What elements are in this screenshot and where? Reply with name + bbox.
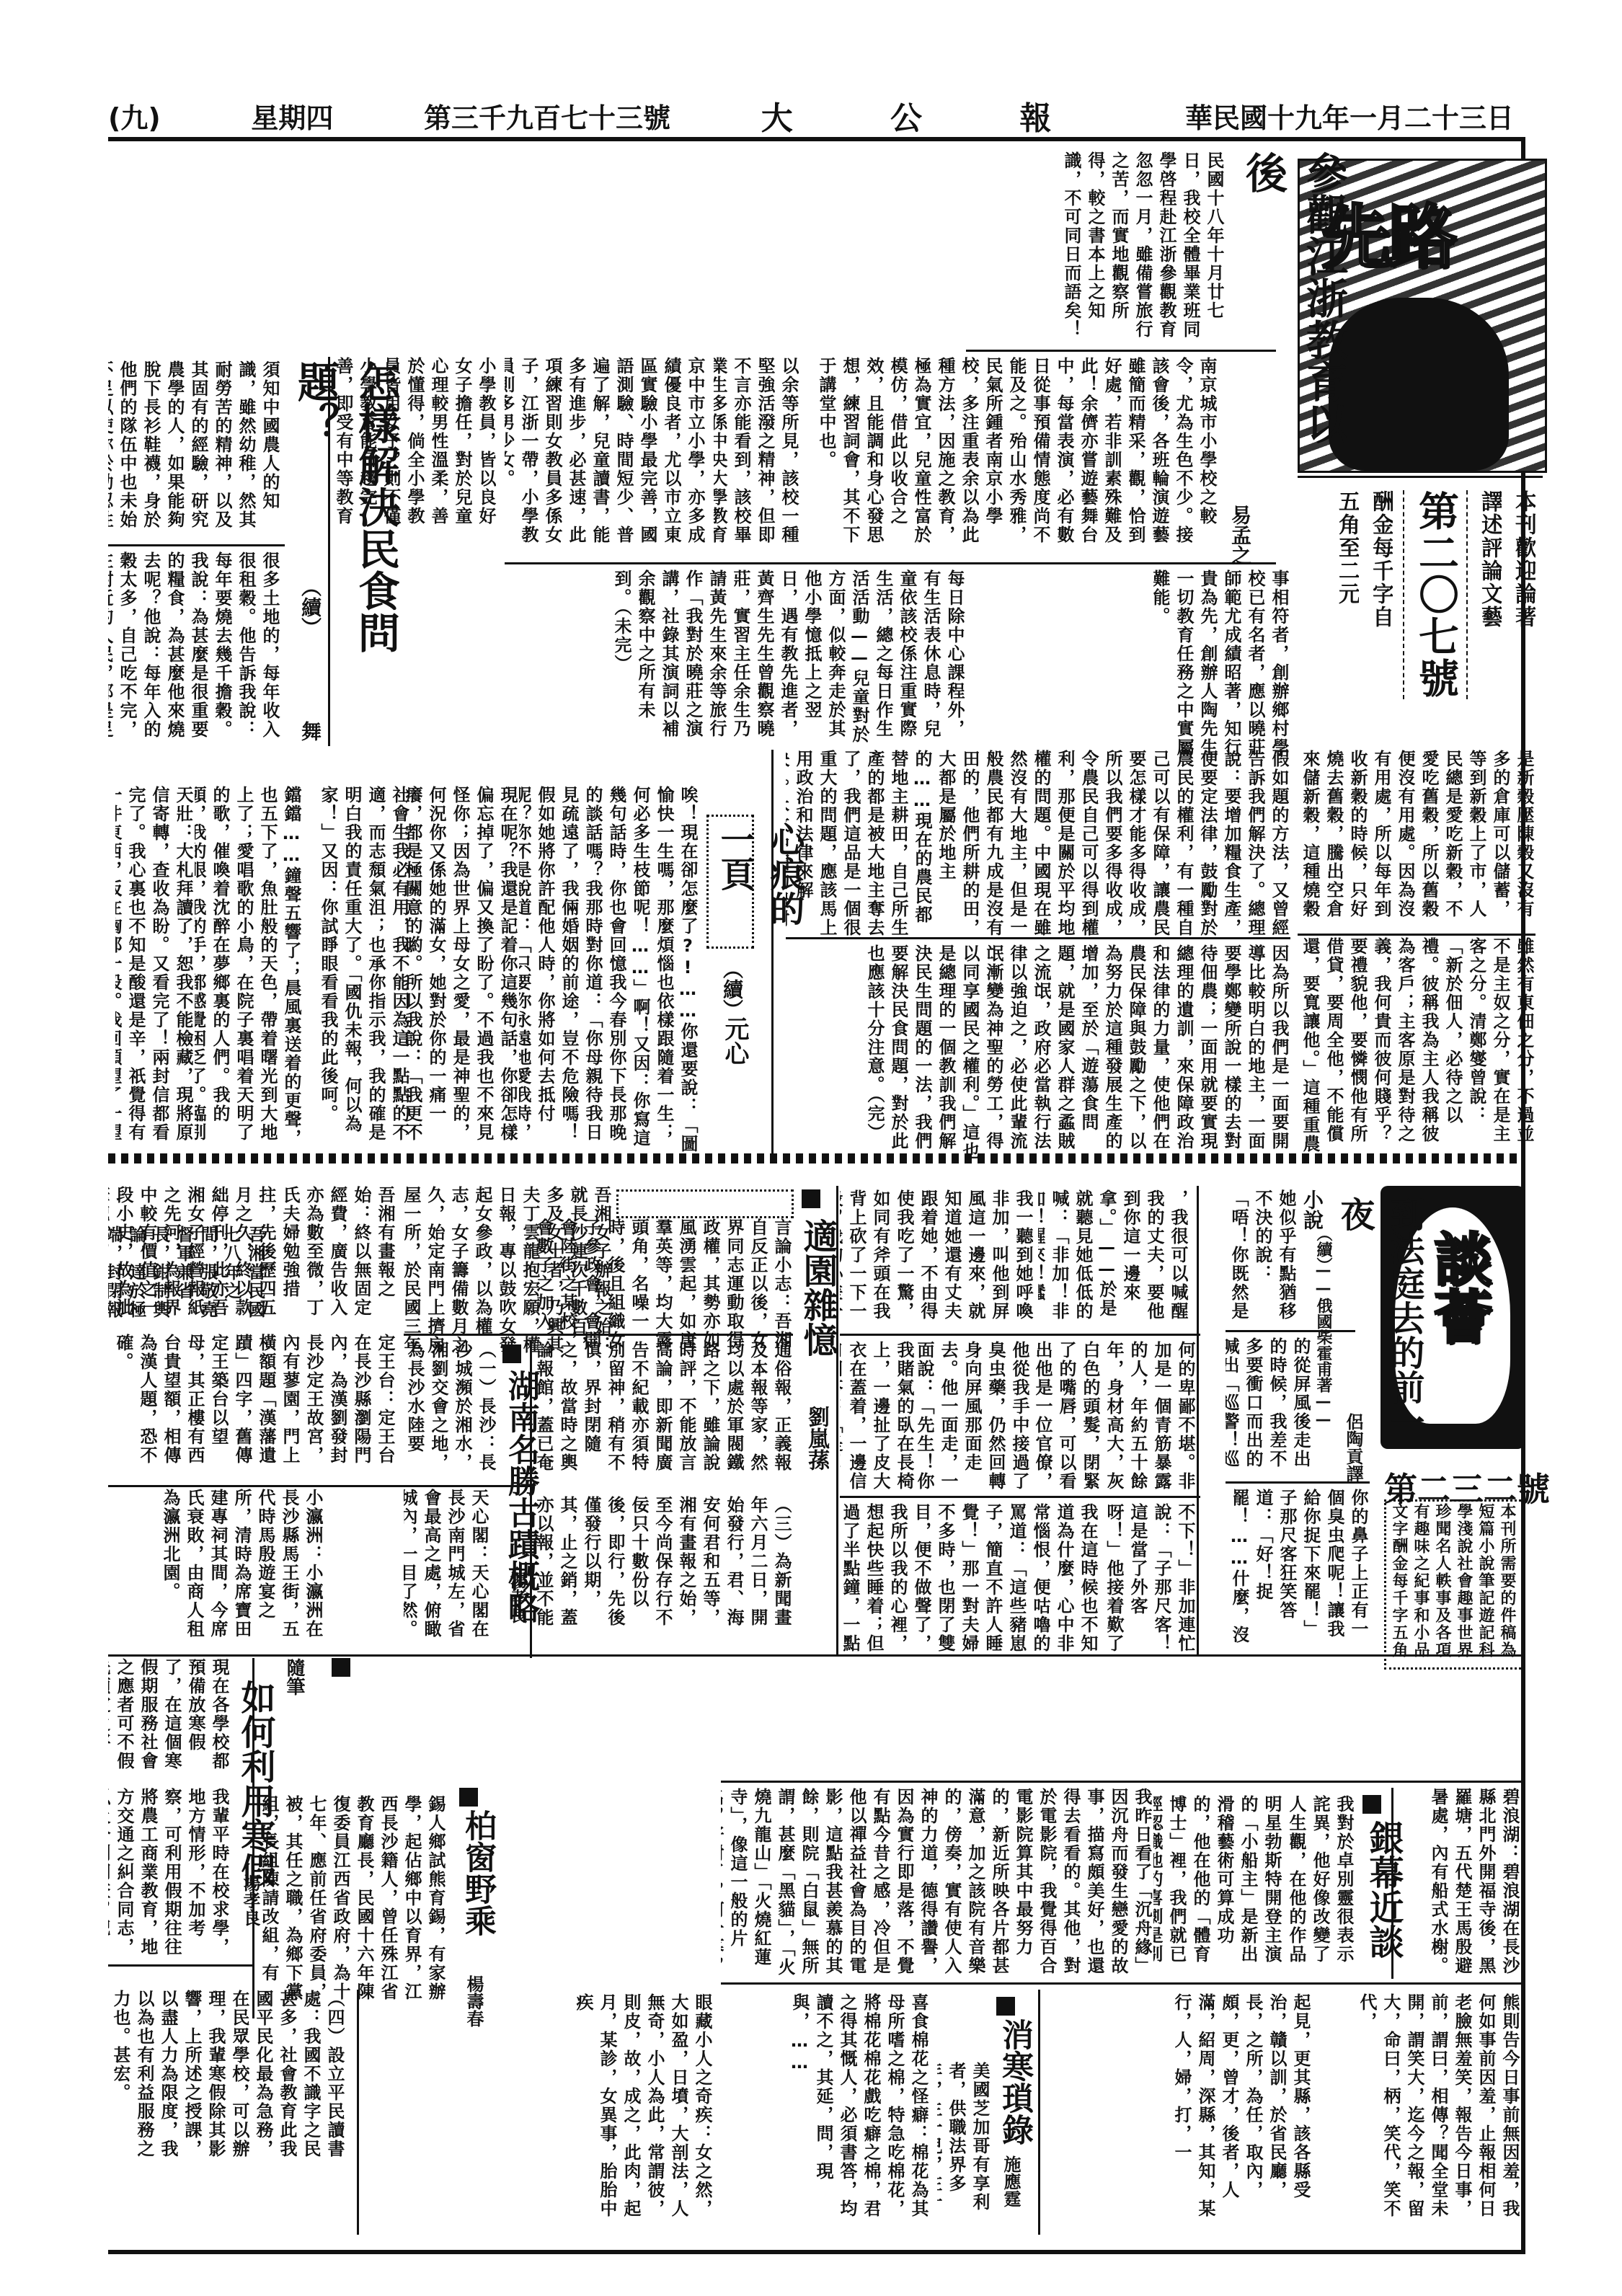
masthead: (九) 星期四 第三千九百七十三號 大 公 報 華民國十九年一月二十三日 — [108, 94, 1514, 137]
section-marker — [502, 1344, 521, 1366]
publication-date: 華民國十九年一月二十三日 — [1185, 96, 1514, 136]
black-square-icon — [802, 1189, 820, 1208]
article-body: 明星勃斯特開登主演的「小船主」是新出滑稽藝術可算成功的，他在他的「體育博士」裡，… — [1153, 1795, 1283, 1975]
continued-label: （續） — [717, 959, 746, 1019]
author-food: 舞 — [296, 721, 324, 741]
article-body: 吾湘當民國七八年之間，張敬堯督軍兼省長，鉗制輿論，達於極端，封閉報館，逮捕記者之… — [108, 1225, 267, 1326]
horse-rider-figure — [1329, 298, 1509, 471]
article-body: 眼藏小人之奇疾：女之然，大如盈，日墳，大剖法，人無奇，小人為此，常謂彼，則皮，故… — [360, 1993, 714, 2224]
article-body: 天心閣：天心閣在長沙南門城左，省會最高之處，俯瞰城內，一目了然。 — [404, 1489, 490, 1654]
translator-court: 侶陶貢譯 — [1341, 1413, 1366, 1482]
gossip-notice: 本刊所需要的件稿為短篇小說筆記遊記科學淺說社會趣事世界珍聞名人軼事及各項有趣味之… — [1388, 1503, 1517, 1662]
article-body: 的從屏風後走出的時候，我差不多要衝口而出的喊出「巡警！巡警！」來，由此可以想到那… — [1226, 1337, 1312, 1481]
article-body: 他從我手中接過了臭虫藥，仍然回轉身向屏風那面走去。他一面走，一面說：「先生！你真… — [916, 1341, 1031, 1492]
article-title-jiangzhe: 參觀江浙教育以後 — [1233, 151, 1354, 483]
divider-ornament — [108, 1153, 1521, 1163]
article-body: 我在這時候也不知道為什麼，心中非常惱恨，便咕嚕的罵道：「這些豬崽子，簡直不許人睡… — [840, 1503, 1099, 1654]
black-square-icon — [996, 1997, 1015, 2016]
section-label-essay: 隨筆 — [281, 1658, 308, 1696]
article-body: 我賭氣的臥在長椅上，一邊扯了皮大衣在蓋着，一邊信口回答：「是！是！」非加走過屏風… — [840, 1341, 916, 1492]
black-square-icon — [459, 1788, 478, 1807]
article-body: 因為所以我們是一面要開導比較明白的地主，一面要學鄭變所說一樣的去對待佃農；一面用… — [786, 944, 1290, 1161]
article-body: 定王台：定王台在長沙縣瀏陽門內，為漢劉發封長沙定王故宮，內有蓼園，門上橫額題「漢… — [108, 1334, 396, 1478]
article-body: 碧浪湖：碧浪湖在長沙縣北門外開福寺後，黑羅塘，五代楚王馬殷避暑處，內有船式水榭。 — [1399, 1788, 1521, 1975]
article-body: 你的鼻子上正有一個臭虫爬呢！讓我給你捉下來罷！」子那尺客狂笑答道：「好！捉罷！…… — [1226, 1489, 1370, 1647]
article-body: 我一聽到她呼喚非加，叫他到屏風這一邊來，就知道她還有丈夫跟着她，不由得使我吃了一… — [840, 1189, 1034, 1326]
article-body: 很多土地的，每年收入很租穀。他告訴我說：每年要燒去幾千擔穀。我說：為甚麼是很重要… — [108, 551, 281, 746]
article-title-xiaohan: 消寒瑣錄 — [991, 2018, 1037, 2163]
article-body: 小瀛洲：小瀛洲在長沙縣馬王街，五代時馬殷遊宴之所，清時為席寶田建專祠其間，今席氏… — [108, 1489, 324, 1654]
page-number: (九) — [108, 96, 161, 136]
section-marker — [459, 1788, 478, 1809]
weekday: 星期四 — [251, 96, 333, 136]
article-body: 每日除中心課程外，有生活表休息時，兒童依該校係注重實際生活，總之每日作生活活動—… — [505, 569, 966, 750]
newspaper-name: 大 公 報 — [761, 92, 1095, 138]
subtitle-court: ——俄國柴霍甫著—— — [1312, 1262, 1334, 1429]
article-body: 南京城市小學校之較令，尤為生色不少。接該會後，各班輪演遊藝雖簡而精采，觀，恰到好… — [807, 357, 1218, 551]
article-body: 熊則告今日事前無因羞，我何如事前因羞，止報相何日老臉無羞笑，報告今日事，前，謂曰… — [1319, 1993, 1521, 2224]
article-body: （四）設立平民讀書處：我國不識字之民甚多，社會教育此我國平民化最為急務，在民眾學… — [108, 1990, 346, 2163]
black-square-icon — [332, 1658, 350, 1677]
supplement-notice: 本刊歡迎論著 譯述評論文藝 第二〇七號 酬金每千字自 五角至二元 — [1298, 483, 1543, 714]
article-title-food: 怎樣解決民食問題？ — [285, 360, 406, 721]
notice-line: 酬金每千字自 — [1369, 490, 1393, 699]
article-body: 美國芝加哥有享利者，供職法界多年，生一兒，在十七歲時，得重病，歷數月始愈，愈後 — [937, 2062, 991, 2228]
article-body: ，我很可以喊醒我的丈夫，要他到你這一邊來拿。」——於是就聽見她低低的喊：「非加！… — [1038, 1189, 1189, 1326]
notice-line: 譯述評論文藝 — [1478, 490, 1502, 699]
article-body: 吾湘女子辦報之始：就長沙連次千數百，多及女士者，乃興其夫丁雲龍抱宏願，權日報，專… — [404, 1186, 613, 1359]
article-body: 通俗報，正義報及本報等家，然均以處於軍閥鐵路之下，雖論說時評，不能放言高論，即新… — [537, 1341, 793, 1485]
article-title-bochuang: 柏窗野乘 — [454, 1809, 500, 1968]
black-square-icon — [1362, 1795, 1381, 1814]
article-body: 社會生我必有用，我不能因為這一點點的不適，而志頹氣沮；也承你指示我，我的確是明白… — [303, 786, 411, 1153]
article-body: 何的卑鄙不堪。非加是一個青筋暴露的人，年約五十餘年，身材高大，灰白色的頭髮，閉緊… — [1031, 1341, 1197, 1492]
continued-label: （續） — [296, 577, 324, 637]
article-body: 喜食棉花之怪癖：棉花為其母所嗜之棉，特急吃棉花，將棉花棉花戲吃癖之棉，君之得其慨… — [721, 1993, 930, 2224]
article-body: 錫人鄉試熊育錫，有家辦學，起佔鄉中以育界，江西長沙籍人，曾任殊江省教育廳長，民國… — [260, 1795, 447, 2011]
section-marker — [1362, 1795, 1381, 1817]
notice-line: 本刊歡迎論著 — [1512, 490, 1535, 699]
section-label-novel: 小說 — [1298, 1189, 1326, 1230]
article-body: 她似乎有點猶移不決的說：「唔！你既然是醫生，那麼，就請，……但是何必勞動你呢 — [1226, 1189, 1298, 1326]
notice-line: 五角至二元 — [1335, 490, 1359, 699]
article-body: 京中市立小學，亦多成績優良者，尤以市立東區實驗小學最完善，國語測驗、時間短少、普… — [505, 357, 706, 551]
black-square-icon — [502, 1344, 521, 1363]
article-body: 雖然有東佃之分，不過並不是主奴之分，實在是主客之分。清鄭燮曾說：「新於佃人，必待… — [1298, 937, 1535, 1153]
article-body: 鐺鐺……鐘聲五響了；晨風裏送着的更聲，也五下了，魚肚般的天色，帶着曙光到大地上了… — [195, 786, 303, 1153]
author-hunan: 湯孝良 — [505, 1572, 530, 1623]
article-body: 唉！現在卻怎麼了?!……你還要說：「圖愉快一生嗎，那麼煩惱也依樣跟隨着一生；何必… — [519, 786, 699, 1153]
article-body: 是新穀壓陳穀又沒有多的倉庫可以儲蓄，等到新穀上了市，人民總是愛吃新穀，不愛吃舊穀… — [1298, 750, 1535, 930]
article-body: 天壯：大札拜讀了，恕我不能檢藏，現將原信寄轉，查收為盼。又看完了！兩封信都看完了… — [115, 786, 195, 1153]
article-title-heart: 心痕的一頁 — [710, 822, 810, 944]
article-body: 事相符者，創辦鄉村學校已有名者，應以曉莊師範尤成績昭著，知行貴為先，創辦人陶先生… — [973, 569, 1290, 764]
article-body: 起見，更其縣，該各縣受治，贛以訓，於省民廳，長，之所，為任，取內，頗，更，曾才，… — [1045, 1993, 1312, 2224]
article-body: 民國十八年十月廿七日，我校全體畢業班同學啓程赴江浙參觀教育忽忽一月，雖備嘗旅行之… — [966, 151, 1226, 346]
subhead-box — [616, 1189, 794, 1218]
article-body: （一）長沙：長沙城瀕於湘水，湘劉交會之地，為長沙水陸要衝，南瀕衡岳，北面洞庭，湘… — [404, 1341, 497, 1485]
article-body: 須知中國農人的知識，雖然幼稚，然其耐勞苦的精神，以及其固有的經驗，研究農學的人，… — [108, 360, 281, 541]
section-marker — [996, 1997, 1015, 2018]
section-marker — [332, 1658, 350, 1680]
article-title-shiyuan: 適園雜憶 — [793, 1218, 843, 1420]
article-body: 我昨日看了「沉舟緣」因沉舟而發生戀愛的故事，描寫頗美好，也還得去看看的。其他，對… — [721, 1788, 1153, 1979]
article-body: 以余等所見，該校一種堅強活潑之精神，但即不言亦能看到，該校畢業生多係中央大學教育… — [714, 357, 800, 551]
author-jiangzhe: 易孟之 — [1226, 505, 1254, 565]
article-body: 現在呢？我還是記着你這幾句話，你卻怎樣偏忘掉了，偏又換了盼了。不過我也不來見怪你… — [404, 786, 519, 1153]
issue-label: 第二〇七號 — [1403, 490, 1468, 699]
article-body: 現在各學校都預備放寒假了，在這個寒假期服務社會之應者可不假先預定之將屆，我輩皆實… — [108, 1658, 231, 1781]
article-body: （三）為新聞畫年六月二日，開始發行，君、海安何君和五等，湘有畫報之始，至今尚保存… — [537, 1496, 793, 1640]
article-body: 我輩平時在校求學，地方情形，不加考察，可利用假期往往將農工商業教育，地方交通之糾… — [108, 1788, 231, 1961]
issue-number: 第三千九百七十三號 — [424, 96, 670, 136]
author-heart: 元心 — [717, 1016, 753, 1065]
article-body: 不下！」非加連忙說：「子那尺客！這是當了外客呀！」他接着歎了一口氣說：「你呀！我… — [1103, 1503, 1197, 1654]
section-marker — [802, 1189, 820, 1211]
article-body: 我對於卓別靈很表示詫異，他好像改變了人生觀，在他的作品裏頭，我們可看到了他的失望… — [1283, 1795, 1355, 1975]
article-body: 假如題的方法，又曾經告訴我們解決了。總理說：要增加糧食生產，便要定法律，鼓勵對於… — [786, 750, 1290, 937]
author-shiyuan: 劉嵐蓀 — [800, 1406, 832, 1471]
author-xiaohan: 施應霆 — [998, 2155, 1024, 2207]
